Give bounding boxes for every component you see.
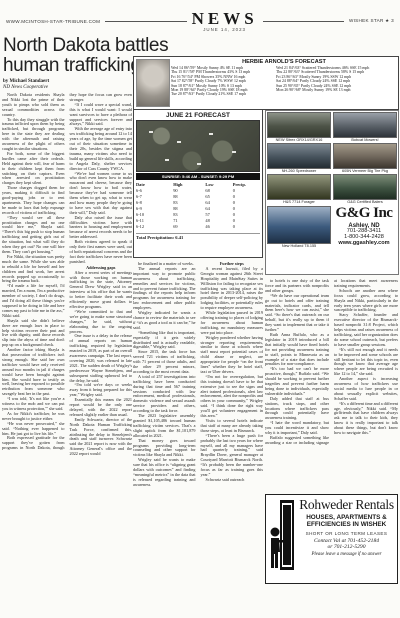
cell-precip: 0 <box>233 224 260 230</box>
article-paragraph: With the average age of entry into sex t… <box>70 127 133 171</box>
article-paragraph: “I'm not for overregulation, but this tr… <box>201 375 264 419</box>
article-columns-5-6: to hotels is one duty of the task force … <box>265 279 398 490</box>
newspaper-page: { "colors": {"ink": "#1a1a1a", "paper": … <box>0 0 400 618</box>
article-paragraph: Schools are another area where focus cou… <box>334 289 398 314</box>
weather-table-rows: 6-6 90 68 0 6-7 88 65 0 6-8 83 64 0 <box>136 188 260 230</box>
gg-inc-ad: NEW Sitrex GRX14/GRX16 Bobcat Mowers! NH… <box>265 110 399 275</box>
tractor-photo <box>267 206 331 244</box>
forecast-entry: Mon 26 90°/68° Mostly Sunny 19% SE 13 mp… <box>276 88 397 92</box>
article-paragraph: Schwartz said outreach <box>201 478 264 483</box>
article-paragraph: Wrigley pondered whether having stronger… <box>201 336 264 375</box>
article-paragraph: Since 2015, the task force has served 72… <box>133 350 196 375</box>
equipment-photo <box>267 112 331 138</box>
rohweder-alt-phone: or 701-212-5290 <box>298 544 395 550</box>
equipment-photo <box>333 112 397 138</box>
article-paragraph: Wrigley said he wants to make sure that … <box>133 458 196 487</box>
article-paragraph: Emily Schwartz, director of the North Da… <box>70 418 133 457</box>
rohweder-note: Please leave a message if no answer <box>298 552 395 557</box>
forecast-entry: Tue 20 87°/63° Partly Cloudy 21% SSE 17 … <box>171 92 274 96</box>
table-row: 6-12 69 46 0 <box>136 224 260 230</box>
equipment-item: NEW Sitrex GRX14/GRX16 <box>267 112 331 143</box>
article-paragraph: While legislation passed in 2019 offerin… <box>201 311 264 336</box>
rohweder-rentals-ad: Rohweder Rentals HOUSES, APARTMENTS & EF… <box>265 494 398 584</box>
forecast-week2: Wed 21 84°/63° Scattered Thunderstorms 4… <box>276 66 397 108</box>
sunrise-sunset-bar: SUNRISE: 5:46 AM - SUNSET: 9:29 PM <box>136 173 260 180</box>
advertiser-name: G&G Inc <box>331 206 397 222</box>
article-paragraph: “It's too bad we can't be more proactive… <box>265 367 329 396</box>
article-paragraph: “If I could wave a special wand, this is… <box>70 103 133 128</box>
rohweder-lease-terms: SHORT OR LONG TERM LEASES <box>298 531 395 536</box>
rohweder-title: Rohweder Rentals <box>298 498 395 512</box>
article-paragraph: “It's still not enough and it needs to b… <box>334 348 398 377</box>
advertiser-website: www.ggashley.com <box>331 241 397 247</box>
total-precipitation: Total Precipitation: 6.41 <box>136 233 260 241</box>
article-columns-3-4: be finalized in a matter of weeks.The an… <box>133 262 263 586</box>
gg-contact-block: G&G Inc Ashley, ND 701-288-3411 1-800-34… <box>331 206 397 249</box>
equipment-photo <box>333 143 397 169</box>
article-paragraph: The 2023 legislative assembly granted $1… <box>133 414 196 439</box>
equipment-item: New Holland T8.155 <box>267 206 331 249</box>
masthead-site-url: WWW.MCINTOSH-STAR-TRIBUNE.COM <box>6 19 100 24</box>
article-paragraph: to hotels is one duty of the task force … <box>265 279 329 294</box>
cell-low: 46 <box>205 224 232 230</box>
door-person-icon <box>268 498 298 580</box>
article-paragraph: “I was told, 'It's not like you're a wit… <box>2 397 65 412</box>
forecast-week1: Wed 14 86°/59° Mostly Sunny 4% SE 11 mph… <box>171 66 276 108</box>
article-paragraph: Another factor irking Shayla is that pro… <box>2 348 65 397</box>
weather-map-image <box>136 120 260 172</box>
article-paragraph: After a recent series of meetings with t… <box>70 271 133 310</box>
article-paragraph: “He was never prosecuted,” she said. “No… <box>2 422 65 437</box>
article-paragraph: North Dakota residents Shayla and Nikki … <box>2 93 65 118</box>
article-paragraph: That money goes toward programs providin… <box>133 439 196 459</box>
article-paragraph: “We're committed to that and we're going… <box>70 310 133 335</box>
article-paragraph: “There's been a huge push for probably t… <box>201 434 264 478</box>
article-paragraph: Stacy Schaffer, founder and executive di… <box>334 313 398 347</box>
equipment-photo <box>267 174 331 200</box>
article-paragraph: “I'd made a life for myself, I'd married… <box>2 284 65 318</box>
forecast-map-panel: JUNE 21 FORECAST SUNRISE: 5:46 AM - SUNS… <box>133 110 263 258</box>
equipment-photo <box>333 174 397 200</box>
article-paragraph: Another aspect is increasing awareness o… <box>334 377 398 402</box>
equipment-item: H&S 7714 Forager <box>267 174 331 205</box>
article-paragraph: Daly added that staff at bus stations, t… <box>265 397 329 422</box>
article-paragraph: “We do have our operational team go out … <box>265 294 329 333</box>
equipment-caption: New Holland T8.155 <box>267 244 331 249</box>
article-paragraph: “I hate the word mandatory, but you coul… <box>265 421 329 436</box>
june21-forecast-heading: JUNE 21 FORECAST <box>136 112 260 119</box>
masthead: WWW.MCINTOSH-STAR-TRIBUNE.COM NEWS JUNE … <box>0 10 400 32</box>
weather-table: Date High Low Precip. 6-6 90 68 0 6-7 88… <box>136 182 260 241</box>
equipment-item: G&G Certified Balers <box>333 174 397 205</box>
byline: by Michael Standaert ND News Cooperative <box>3 79 123 90</box>
issue-date: JUNE 14, 2023 <box>192 28 258 32</box>
equipment-caption: H&S 7714 Forager <box>267 200 331 205</box>
article-paragraph: “They would see all these prostitution c… <box>2 216 65 255</box>
page-number: WISHEK STAR ★ 3 <box>349 18 394 24</box>
equipment-item: Bobcat Mowers! <box>333 112 397 143</box>
article-paragraph: “I'm told we're days or weeks away from … <box>70 383 133 398</box>
forecaster-photo <box>136 59 170 107</box>
article-paragraph: “It's a different time and a different a… <box>334 402 398 436</box>
masthead-rule-left <box>105 21 186 22</box>
article-paragraph: Daly also raised the issue that difficul… <box>70 216 133 241</box>
article-paragraph: “We've had women come to us who don't ev… <box>70 172 133 216</box>
article-paragraph: The annual reports are an important way … <box>133 267 196 311</box>
article-paragraph: Essentially this means the 2021 report w… <box>70 398 133 418</box>
forecast-title: HERBIE ARNOLD'S FORECAST <box>171 58 397 66</box>
article-paragraph: Ruth Anna Buffalo, who as a legislator i… <box>265 333 329 367</box>
article-paragraph: A recent lawsuit, filed by a Georgia wom… <box>201 267 264 311</box>
masthead-rule-right <box>263 21 344 22</box>
article-paragraph: For both, some of the biggest hurdles ca… <box>2 152 65 186</box>
article-paragraph: “Something like that is important, espec… <box>133 331 196 351</box>
article-paragraph: Those charges dogged them for years, mak… <box>2 186 65 215</box>
cell-date: 6-12 <box>136 224 173 230</box>
article-paragraph: To this day they struggle with the traum… <box>2 118 65 152</box>
section-title: NEWS <box>192 10 258 27</box>
article-paragraph: Visits to several hotels indicate that s… <box>201 419 264 434</box>
equipment-item: NH-260 Speedrower <box>267 143 331 174</box>
equipment-grid: NEW Sitrex GRX14/GRX16 Bobcat Mowers! NH… <box>267 112 397 205</box>
equipment-photo <box>267 143 331 169</box>
byline-org: ND News Cooperative <box>3 85 123 91</box>
rohweder-services: HOUSES, APARTMENTS & EFFICIENCIES IN WIS… <box>298 514 395 529</box>
cell-high: 69 <box>173 224 205 230</box>
article-paragraph: A total of 257 investigations into traff… <box>133 375 196 414</box>
article-paragraph: Wrigley indicated he wants a chance to r… <box>133 311 196 331</box>
article-columns-1-2: North Dakota residents Shayla and Nikki … <box>2 93 132 585</box>
article-paragraph: Both victims agreed to speak if only the… <box>70 240 133 265</box>
forecast-box: HERBIE ARNOLD'S FORECAST Wed 14 86°/59° … <box>133 56 399 110</box>
article-paragraph: Shayla said she didn't believe there are… <box>2 319 65 348</box>
equipment-item: 605N Vermeer Big Tire Pkg <box>333 143 397 174</box>
article-paragraph: One issue is a delay in the release of a… <box>70 334 133 383</box>
article-paragraph: For Nikki, the situation was pretty much… <box>2 255 65 284</box>
